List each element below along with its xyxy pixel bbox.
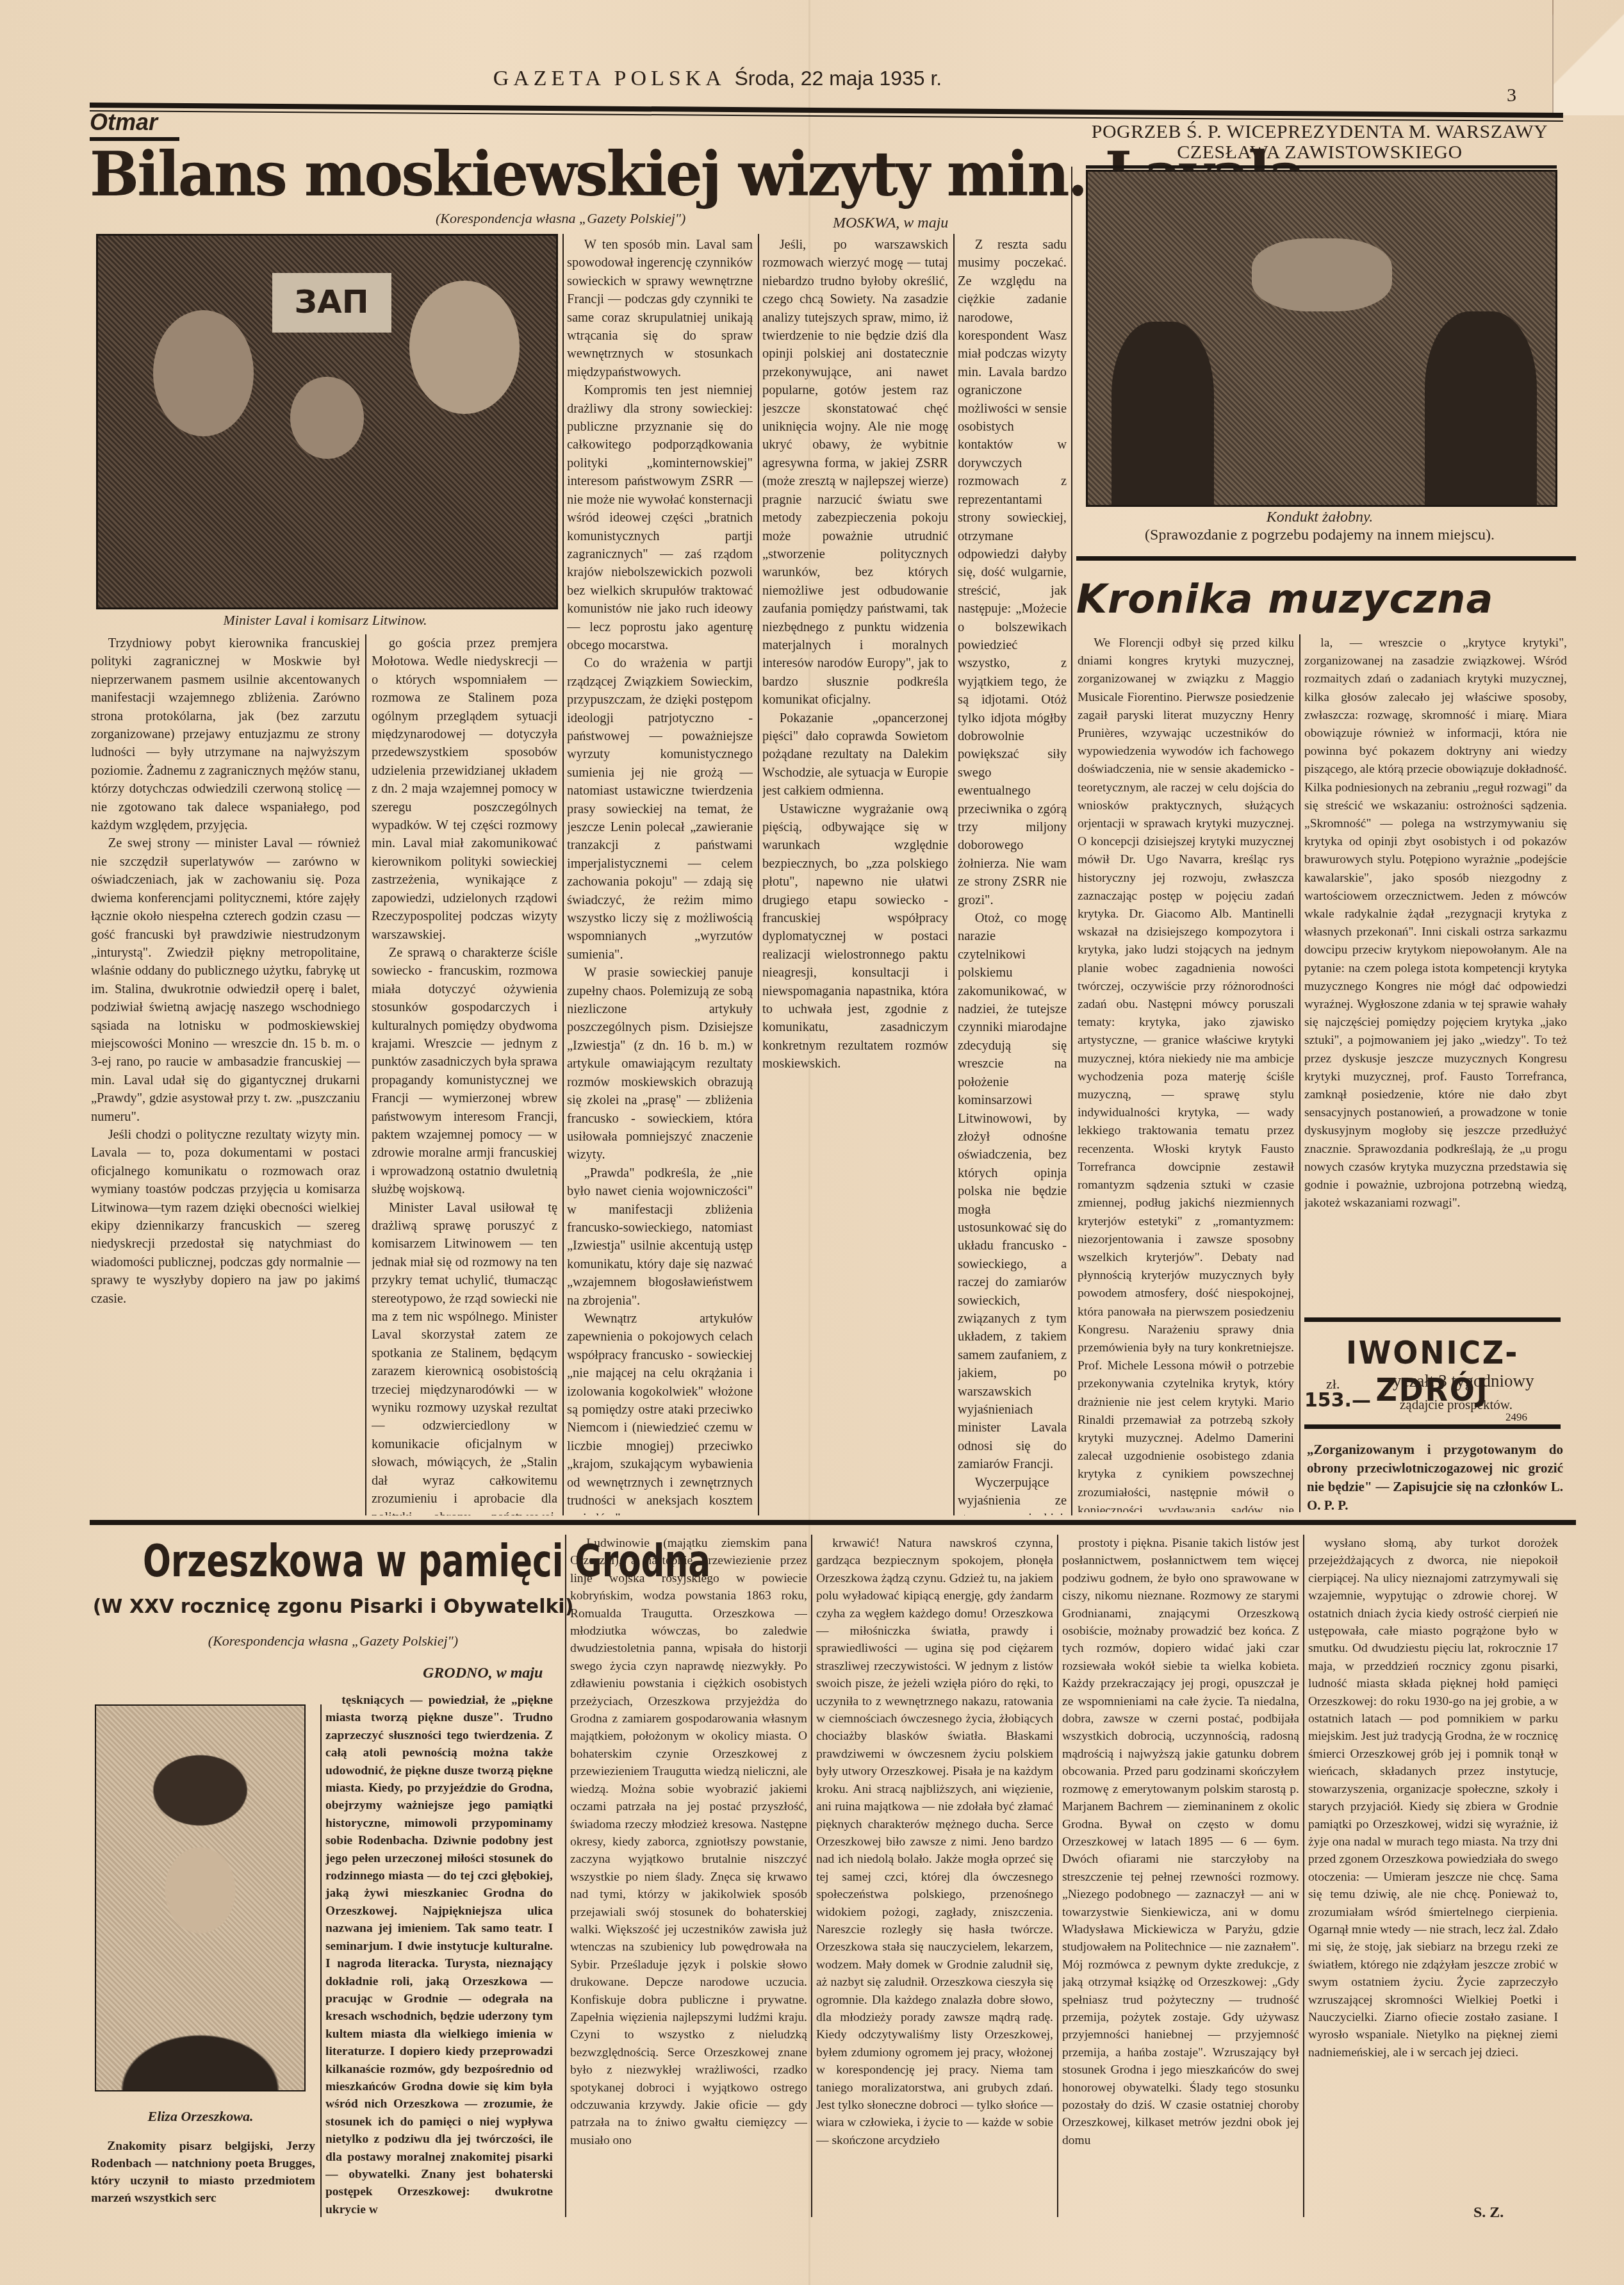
column-divider (758, 234, 759, 1515)
paragraph: Minister Laval usiłował tę drażliwą spra… (372, 1199, 557, 1515)
paragraph: Wewnątrz artykułów zapewnienia o pokojow… (567, 1310, 753, 1515)
paragraph: „Prawda" podkreśla, że „nie było nawet c… (567, 1164, 753, 1310)
orzeszkowa-column-6: wysłano słomą, aby turkot dorożek przeje… (1308, 1535, 1558, 2201)
paragraph: go gościa przez premjera Mołotowa. Wedle… (372, 634, 557, 944)
dateline-lavala: MOSKWA, w maju (833, 215, 948, 232)
paragraph: Kompromis ten jest niemniej drażliwy dla… (567, 381, 753, 654)
photo-funeral-procession (1086, 170, 1557, 507)
paragraph: Z reszta sadu musimy poczekać. Ze względ… (958, 236, 1067, 909)
funeral-title: POGRZEB Ś. P. WICEPREZYDENTA M. WARSZAWY… (1063, 122, 1576, 163)
kronika-column-2: la, — wreszcie o „krytyce krytyki", zorg… (1304, 634, 1567, 1298)
photo-face-litwinow (409, 281, 520, 415)
funeral-caption-2: (Sprawozdanie z pogrzebu podajemy na inn… (1086, 527, 1554, 544)
photo-caption-lavala: Minister Laval i komisarz Litwinow. (96, 612, 554, 629)
funeral-title-line1: POGRZEB Ś. P. WICEPREZYDENTA M. WARSZAWY (1063, 122, 1576, 142)
orzeszkowa-column-5: prostoty i piękna. Pisanie takich listów… (1062, 1535, 1299, 2217)
ad-rule-bottom (1304, 1424, 1561, 1429)
photo-face-laval (153, 310, 254, 436)
photo-face-center (290, 377, 363, 459)
section-rule (1076, 556, 1576, 561)
photo-figure-right (1425, 311, 1537, 505)
dateline-orzeszkowa: GRODNO, w maju (423, 1665, 543, 1682)
funeral-title-line2: CZESŁAWA ZAWISTOWSKIEGO (1063, 142, 1576, 163)
paragraph: Ze sprawą o charakterze ściśle sowiecko … (372, 944, 557, 1199)
ad-rule-top (1304, 1317, 1561, 1322)
photo-laval-litwinow: ЗАП (96, 234, 558, 609)
masthead: GAZETA POLSKA Środa, 22 maja 1935 r. (359, 67, 1076, 91)
paragraph: Ustawiczne wygrażanie ową pięścią, odbyw… (762, 800, 948, 1073)
column-divider (1299, 634, 1300, 1512)
paragraph: Otoż, co mogę narazie czytelnikowi polsk… (958, 909, 1067, 1474)
issue-date: Środa, 22 maja 1935 r. (734, 67, 942, 90)
paragraph: krwawić! Natura nawskroś czynna, gardząc… (816, 1535, 1053, 2149)
photo-sign: ЗАП (272, 273, 391, 333)
funeral-caption-1: Kondukt żałobny. (1086, 509, 1554, 526)
paragraph: Co do wrażenia w partji rządzącej Związk… (567, 654, 753, 964)
paragraph: Ludwinowie (majątku ziemskim pana Orzesz… (570, 1535, 807, 2149)
lavala-column-2: go gościa przez premjera Mołotowa. Wedle… (372, 634, 557, 1515)
photo-figure-left (1111, 322, 1215, 505)
newspaper-title: GAZETA POLSKA (493, 67, 725, 90)
kronika-column-1: We Florencji odbył się przed kilku dniam… (1078, 634, 1294, 1512)
column-divider (811, 1535, 812, 2217)
paragraph: W prasie sowieckiej panuje zupełny chaos… (567, 964, 753, 1164)
lavala-column-4: Jeśli, po warszawskich rozmowach wierzyć… (762, 236, 948, 1515)
section-rule-bottom (90, 1520, 1576, 1525)
paragraph: Pokazanie „opancerzonej pięści" dało cop… (762, 709, 948, 800)
page-number: 3 (1507, 85, 1516, 106)
paragraph: Ze swej strony — minister Laval — równie… (91, 834, 360, 1126)
ad-subtext: żądajcie prospektów. (1400, 1397, 1513, 1413)
byline-lavala: (Korespondencja własna „Gazety Polskiej"… (436, 210, 685, 227)
paragraph: Trzydniowy pobyt kierownika francuskiej … (91, 634, 360, 834)
paragraph: Wyczerpujące wyjaśnienia ze strony sowie… (958, 1474, 1067, 1515)
author-signature: S. Z. (1473, 2204, 1504, 2222)
paragraph: la, — wreszcie o „krytyce krytyki", zorg… (1304, 634, 1567, 1213)
lavala-column-1: Trzydniowy pobyt kierownika francuskiej … (91, 634, 360, 1515)
orzeszkowa-column-4: krwawić! Natura nawskroś czynna, gardząc… (816, 1535, 1053, 2217)
byline-orzeszkowa: (Korespondencja własna „Gazety Polskiej"… (90, 1633, 577, 1649)
ad-ref-number: 2496 (1505, 1411, 1527, 1424)
lavala-column-5: Z reszta sadu musimy poczekać. Ze względ… (958, 236, 1067, 1515)
kronika-title: Kronika muzyczna (1076, 575, 1576, 622)
paragraph: Znakomity pisarz belgijski, Jerzy Rodenb… (91, 2138, 315, 2207)
column-divider (320, 1704, 322, 2217)
paragraph: tęskniących — powiedział, że „piękne mia… (325, 1692, 553, 2217)
headline-orzeszkowa: Orzeszkowa w pamięci Grodna (143, 1535, 511, 1587)
article-author: Otmar (90, 109, 158, 136)
paragraph: W ten sposób min. Laval sam spowodował i… (567, 236, 753, 381)
orzeszkowa-column-1: Znakomity pisarz belgijski, Jerzy Rodenb… (91, 2138, 315, 2215)
column-divider (1303, 1535, 1304, 2217)
paragraph: prostoty i piękna. Pisanie takich listów… (1062, 1535, 1299, 2149)
column-divider (365, 634, 366, 1515)
ad-text: ryczałt 3 tygodniowy (1387, 1371, 1534, 1391)
headline-lavala: Bilans moskiewskiej wizyty min. Lavala (90, 138, 1027, 210)
photo-eliza-orzeszkowa (95, 1704, 306, 2091)
photo-caption-orzeszkowa: Eliza Orzeszkowa. (95, 2108, 306, 2125)
paragraph: Jeśli chodzi o polityczne rezultaty wizy… (91, 1126, 360, 1308)
orzeszkowa-column-3: Ludwinowie (majątku ziemskim pana Orzesz… (570, 1535, 807, 2217)
subheadline-orzeszkowa: (W XXV rocznicę zgonu Pisarki i Obywatel… (90, 1596, 577, 1618)
ad-price: 153.— (1304, 1389, 1371, 1412)
lopp-notice: „Zorganizowanym i przygotowanym do obron… (1307, 1440, 1563, 1515)
column-divider (1057, 1535, 1058, 2217)
column-divider (565, 1535, 566, 2217)
funeral-photo-rule (1086, 165, 1557, 169)
column-divider (1071, 167, 1072, 1515)
column-divider (953, 234, 955, 1515)
paragraph: Jeśli, po warszawskich rozmowach wierzyć… (762, 236, 948, 709)
lavala-column-3: W ten sposób min. Laval sam spowodował i… (567, 236, 753, 1515)
photo-wreath (1252, 238, 1392, 311)
orzeszkowa-column-2: tęskniących — powiedział, że „piękne mia… (325, 1692, 553, 2217)
paragraph: We Florencji odbył się przed kilku dniam… (1078, 634, 1294, 1512)
paragraph: wysłano słomą, aby turkot dorożek przeje… (1308, 1535, 1558, 2061)
column-divider (562, 234, 564, 1515)
torn-corner (1552, 0, 1624, 115)
